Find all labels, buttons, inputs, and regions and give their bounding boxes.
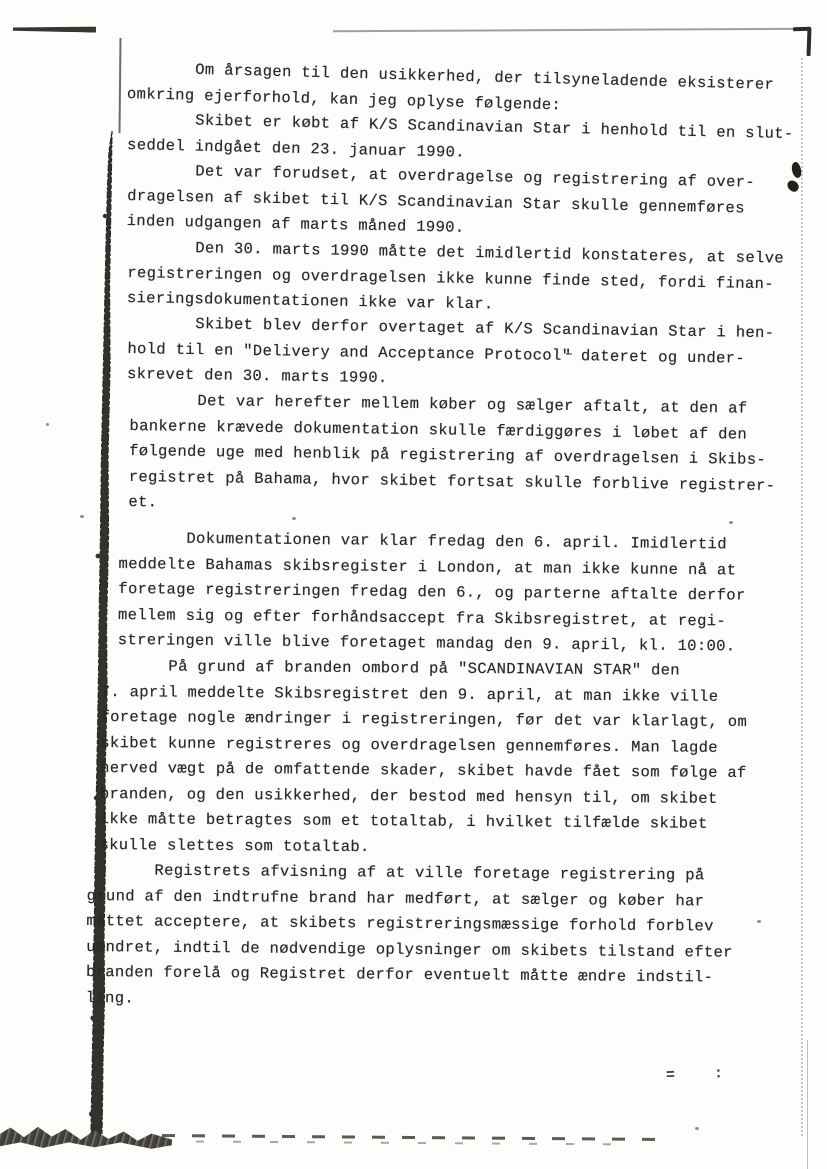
paragraph-delivery-protocol: Skibet blev derfor overtaget af K/S Scan… <box>127 311 808 398</box>
scan-speck <box>80 515 84 518</box>
paragraph-planned-transfer: Det var forudset, at overdragelse og reg… <box>126 158 807 248</box>
scan-speck <box>695 1127 699 1130</box>
paragraph-registry-refusal: Registrets afvisning af at ville foretag… <box>86 858 808 1017</box>
scan-artifact-top-right-corner <box>807 28 812 56</box>
scan-speck <box>46 423 49 426</box>
scan-artifact-top-edge-line <box>333 28 811 33</box>
paragraph-registration-april-9: Dokumentationen var klar fredag den 6. a… <box>118 526 808 661</box>
scan-artifact-top-left-bar <box>13 25 96 32</box>
document-text: Om årsagen til den usikkerhed, der tilsy… <box>128 56 808 1011</box>
paragraph-march-30-finding: Den 30. marts 1990 måtte det imidlertid … <box>127 235 808 323</box>
scanned-document-page: = : Om årsagen til den usikkerhed, der t… <box>0 0 827 1169</box>
scan-artifact-bottom-dashes <box>196 1140 636 1145</box>
paragraph-fire-consequences: På grund af branden ombord på "SCANDINAV… <box>99 654 808 864</box>
paragraph-bank-documentation: Det var herefter mellem køber og sælger … <box>128 388 808 525</box>
margin-equals-mark: = : <box>666 1065 731 1084</box>
scan-artifact-right-edge-line <box>807 1040 808 1169</box>
